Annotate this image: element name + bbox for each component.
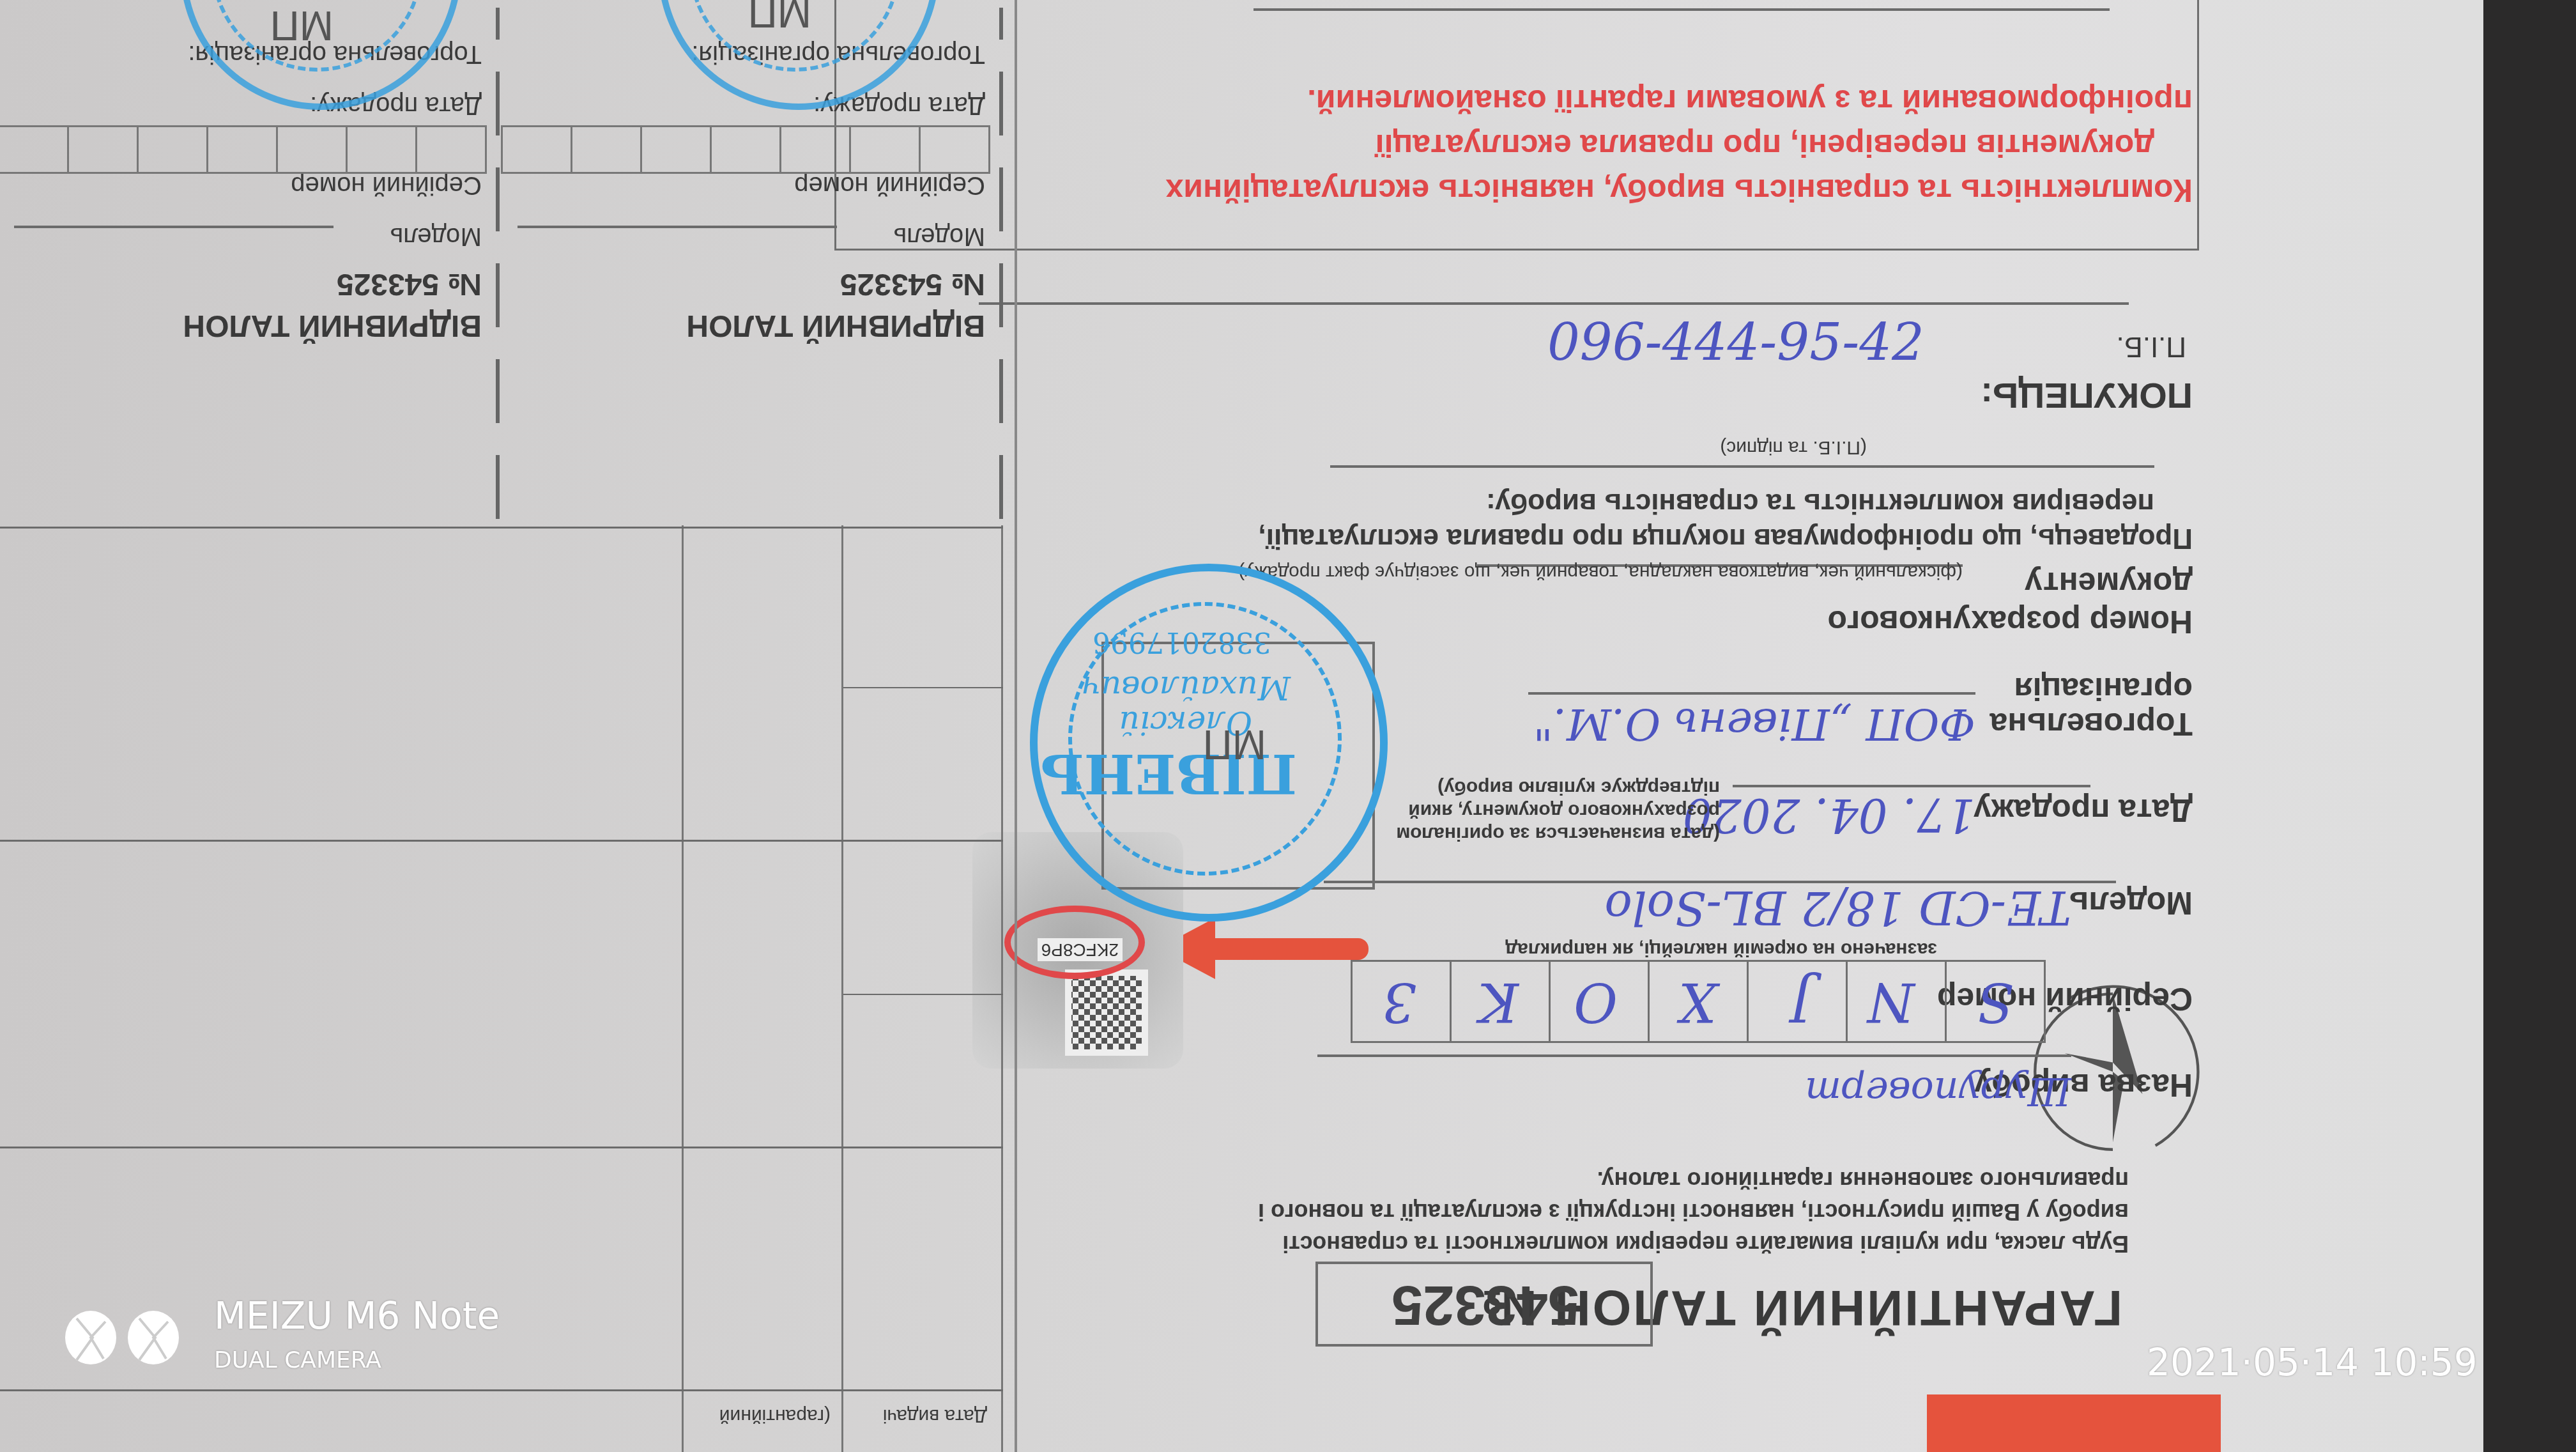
serial-char-3: J [1791,971,1813,1033]
seller-signature-note: (П.І.Б. та підпис) [1720,436,1867,458]
coupon-1-title: ВІДРИВНИЙ ТАЛОН [686,308,985,343]
warranty-number: 543325 [1391,1273,1579,1338]
serial-char-5: O [1574,971,1618,1033]
serial-hint: зазначено на окремій наклейці, як наприк… [1505,938,1937,960]
warning-box [834,0,2199,251]
model-value: TE-CD 18/2 BL-Solo [1604,881,2071,934]
coupon-2-serial-boxes [0,125,487,174]
perforation-line [1015,0,1017,1452]
trade-org-value: ФОП „Пiвень О.М." [1533,699,1975,749]
coupon-2-dashes [496,8,500,519]
receipt-label-1: Номер розрахункового [1827,603,2193,640]
trade-org-label-2: організація [2014,670,2193,707]
intro-line-1: Будь ласка, при купівлі вимагайте переві… [1282,1230,2129,1257]
coupon-1-model-underline [517,226,837,228]
qr-code-icon [1065,969,1148,1056]
product-name-underline [1317,1054,2071,1057]
coupon-2-title: ВІДРИВНИЙ ТАЛОН [183,308,482,343]
coupon-2-model-underline [14,226,333,228]
model-underline [1324,881,2116,883]
warning-line-2: документів перевірені, про правила експл… [1375,127,2154,164]
sticker-example-code: 2KFC8P6 [1038,938,1123,961]
buyer-label: ПОКУПЕЦЬ: [1981,375,2193,417]
buyer-name-underline [979,302,2129,305]
sale-date-underline [1733,785,2090,787]
coupon-2-number: № 543325 [337,266,482,302]
serial-char-4: X [1678,971,1717,1033]
photo-timestamp: 2021·05·14 10:59 [2147,1341,2478,1384]
brand-color-bar [1927,1394,2221,1452]
warning-line-3: проінформований та з умовами гарантії оз… [1307,82,2193,120]
coupon-2-model-label: Модель [390,222,482,251]
seller-statement-1: Продавець, що проінформував покупця про … [1259,522,2193,554]
buyer-name-label: П.І.Б. [2117,330,2186,362]
coupon-1-mp: МП [748,0,811,36]
serial-char-6: K [1478,971,1519,1033]
tear-off-coupon-1: ВІДРИВНИЙ ТАЛОН № 543325 Модель Серійний… [505,0,1003,519]
model-label: Модель [2069,884,2193,922]
table-header-warranty: (гарантійний [719,1405,831,1426]
sale-date-note: (дата визначається за оригіналом розраху… [1324,776,1720,845]
intro-line-2: виробу у Вашій присутності, наявності ін… [1258,1198,2129,1225]
serial-char-7: 3 [1383,971,1416,1033]
serial-char-1: S [1977,971,2014,1033]
coupon-1-serial-label: Серійний номер [794,171,985,199]
stamp-patronymic: Михайлович [1081,669,1291,706]
coupon-2-mp: МП [270,2,333,49]
receipt-label-2: документу [2025,565,2193,602]
camera-brand: MEIZU M6 Note [214,1294,500,1338]
serial-char-2: N [1868,971,1915,1033]
mp-label: МП [1203,721,1266,768]
coupon-1-number: № 543325 [840,266,985,302]
coupon-1-model-label: Модель [893,222,985,251]
coupon-1-serial-boxes [501,125,990,174]
table-header-issue-date: Дата видачі [883,1405,987,1426]
receipt-note: (фіскальний чек, видаткова накладна, тов… [1238,561,1963,583]
sale-date-value: 17. 04. 2020 [1683,788,1975,842]
camera-sub: DUAL CAMERA [214,1347,381,1373]
warranty-document: ГАРАНТІЙНИЙ ТАЛОН № 543325 Будь ласка, п… [0,0,2576,1452]
camera-logo-icon [64,1309,121,1366]
seller-statement-2: перевірив комплектність та справність ви… [1486,487,2154,519]
trade-org-label-1: Торговельна [1989,706,2193,743]
tear-off-coupon-2: ВІДРИВНИЙ ТАЛОН № 543325 Модель Серійний… [1,0,500,519]
stamp-code: 3382017996 [1092,626,1271,658]
product-name-value: Шуруповерт [1805,1069,2071,1113]
warning-line-1: Комплектність та справність виробу, наяв… [1165,172,2193,209]
trade-org-underline [1528,692,1975,695]
coupon-1-dashes [999,8,1003,519]
intro-line-3: правильного заповнення гарантійного тало… [1597,1166,2129,1193]
signature-underline-bottom [1253,8,2110,11]
buyer-phone-value: 096-444-95-42 [1547,313,1924,372]
serial-arrow-icon [1196,938,1368,960]
coupon-2-serial-label: Серійний номер [291,171,482,199]
serial-boxes: S N J X O K 3 [1337,960,2046,1043]
seller-signature-underline [1330,465,2154,468]
sale-date-label: Дата продажу [1974,792,2193,829]
